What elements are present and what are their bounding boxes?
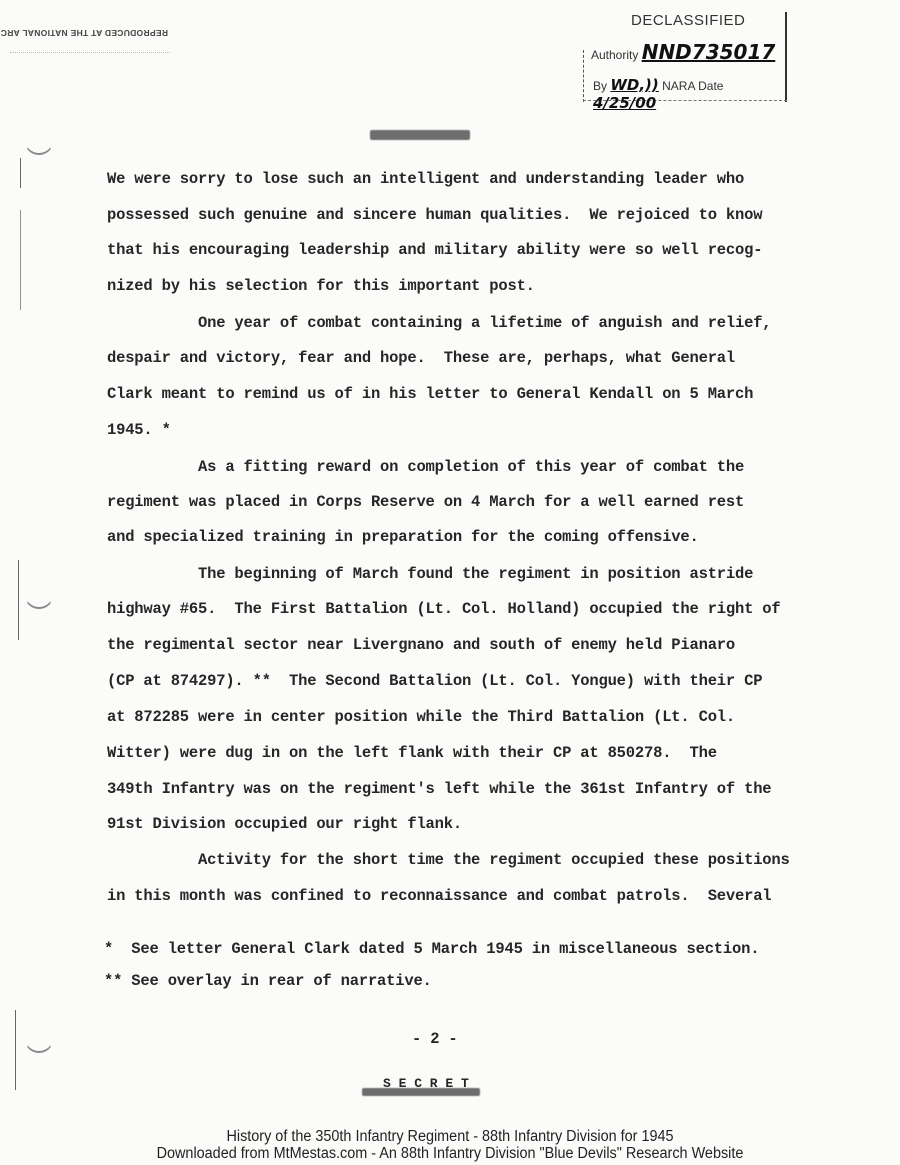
authority-value: NND735017 bbox=[642, 40, 776, 64]
body-line: 1945. * bbox=[107, 421, 171, 439]
by-value: WD,)) bbox=[610, 76, 658, 94]
body-line: (CP at 874297). ** The Second Battalion … bbox=[107, 672, 762, 690]
footnote: * See letter General Clark dated 5 March… bbox=[104, 940, 759, 958]
authority-row: Authority NND735017 bbox=[591, 40, 775, 64]
page-number: - 2 - bbox=[412, 1030, 458, 1048]
binder-hole bbox=[24, 578, 54, 609]
binder-hole bbox=[24, 124, 54, 155]
stamp-divider bbox=[10, 52, 170, 54]
body-line: One year of combat containing a lifetime… bbox=[107, 314, 771, 332]
body-line: Activity for the short time the regiment… bbox=[107, 851, 790, 869]
by-label: By bbox=[593, 79, 607, 93]
header-classification-strikeout bbox=[370, 130, 470, 140]
body-line: As a fitting reward on completion of thi… bbox=[107, 458, 744, 476]
margin-line bbox=[18, 560, 19, 640]
margin-line bbox=[20, 158, 21, 188]
binder-hole bbox=[24, 1022, 54, 1053]
site-footer-line2: Downloaded from MtMestas.com - An 88th I… bbox=[32, 1145, 869, 1163]
body-line: The beginning of March found the regimen… bbox=[107, 565, 753, 583]
body-line: Witter) were dug in on the left flank wi… bbox=[107, 744, 717, 762]
body-line: nized by his selection for this importan… bbox=[107, 277, 535, 295]
body-line: at 872285 were in center position while … bbox=[107, 708, 735, 726]
nara-date-value: 4/25/00 bbox=[593, 94, 656, 112]
footer-classification-strikeout bbox=[362, 1088, 480, 1096]
body-line: despair and victory, fear and hope. Thes… bbox=[107, 349, 735, 367]
declassification-stamp: DECLASSIFIED Authority NND735017 By WD,)… bbox=[583, 10, 787, 100]
archive-reproduction-stamp: REPRODUCED AT THE NATIONAL ARCHIVES bbox=[8, 28, 168, 38]
margin-line bbox=[20, 210, 21, 310]
body-line: regiment was placed in Corps Reserve on … bbox=[107, 493, 744, 511]
body-line: that his encouraging leadership and mili… bbox=[107, 241, 762, 259]
body-line: in this month was confined to reconnaiss… bbox=[107, 887, 771, 905]
body-line: highway #65. The First Battalion (Lt. Co… bbox=[107, 600, 781, 618]
footnote: ** See overlay in rear of narrative. bbox=[104, 972, 432, 990]
stamp-border bbox=[583, 50, 584, 102]
margin-line bbox=[15, 1010, 16, 1090]
site-footer-line1: History of the 350th Infantry Regiment -… bbox=[32, 1128, 869, 1146]
authority-label: Authority bbox=[591, 48, 638, 62]
document-page: REPRODUCED AT THE NATIONAL ARCHIVES DECL… bbox=[0, 0, 900, 1165]
body-line: and specialized training in preparation … bbox=[107, 528, 699, 546]
by-nara-row: By WD,)) NARA Date 4/25/00 bbox=[593, 76, 787, 112]
body-line: possessed such genuine and sincere human… bbox=[107, 206, 762, 224]
body-line: We were sorry to lose such an intelligen… bbox=[107, 170, 744, 188]
body-line: 91st Division occupied our right flank. bbox=[107, 815, 462, 833]
body-line: Clark meant to remind us of in his lette… bbox=[107, 385, 753, 403]
body-line: the regimental sector near Livergnano an… bbox=[107, 636, 735, 654]
nara-date-label: NARA Date bbox=[662, 79, 723, 93]
declassified-label: DECLASSIFIED bbox=[631, 12, 745, 29]
body-line: 349th Infantry was on the regiment's lef… bbox=[107, 780, 771, 798]
